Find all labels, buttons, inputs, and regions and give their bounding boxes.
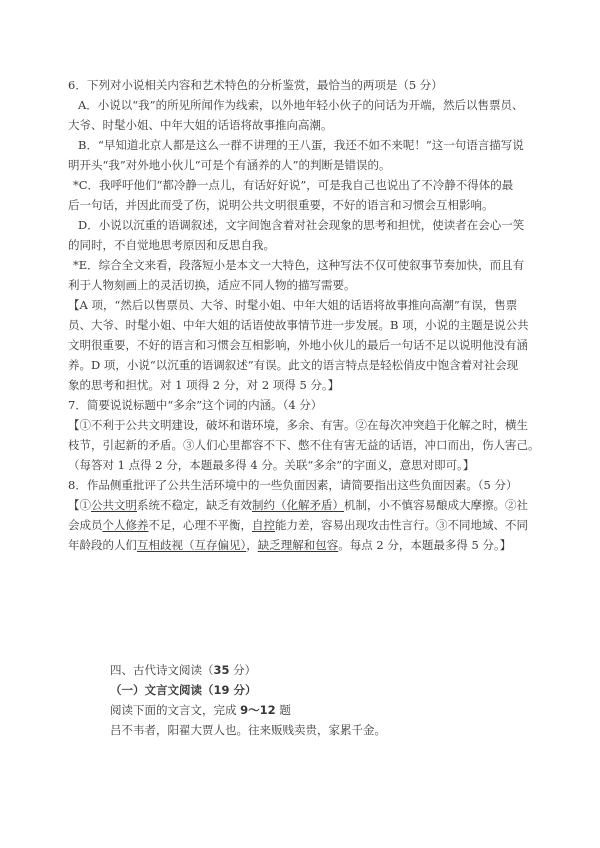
- text-segment: A．小说以“我”的所见所闻作为线索，以外地年轻小伙子的问话为开端，然后以售票员、: [78, 98, 524, 112]
- text-segment: 明开头“我”对外地小伙儿“可是个有涵养的人”的判断是错误的。: [68, 158, 391, 172]
- text-line: B．“早知道北京人都是这么一群不讲理的王八蛋，我还不如不来呢！”这一句语言描写说: [68, 135, 550, 155]
- text-segment: 机制，小不慎容易酿成大摩擦。②社: [344, 498, 528, 512]
- text-segment: 【①不利于公共文明建设，破坏和谐环境，多余、有害。②在每次冲突趋于化解之时，横生: [68, 418, 528, 432]
- text-segment: （一）文言文阅读（19 分）: [110, 683, 257, 697]
- questions-and-answers-block: 6．下列对小说相关内容和艺术特色的分析鉴赏，最恰当的两项是（5 分）A．小说以“…: [68, 75, 550, 555]
- underlined-text-segment: 自控: [252, 518, 275, 532]
- text-segment: B．“早知道北京人都是这么一群不讲理的王八蛋，我还不如不来呢！”这一句语言描写说: [78, 138, 524, 152]
- text-segment: 9～12: [240, 703, 276, 717]
- text-line: 利于人物刻画上的灵活切换，适应不同人物的描写需要。: [68, 275, 550, 295]
- text-line: 7．简要说说标题中“多余”这个词的内涵。（4 分）: [68, 395, 550, 415]
- text-segment: 不足，心理不平衡，: [149, 518, 253, 532]
- text-line: 吕不韦者，阳翟大贾人也。往来贩贱卖贵，家累千金。: [110, 720, 530, 740]
- text-line: 的同时，不自觉地思考原因和反思自我。: [68, 235, 550, 255]
- text-line: D．小说以沉重的语调叙述，文字间饱含着对社会现象的思考和担忧，使读者在会心一笑: [68, 215, 550, 235]
- underlined-text-segment: 缺乏理解和包容: [258, 538, 339, 552]
- text-line: 四、古代诗文阅读（35 分）: [110, 660, 530, 680]
- text-segment: 【①: [68, 498, 91, 512]
- text-line: A．小说以“我”的所见所闻作为线索，以外地年轻小伙子的问话为开端，然后以售票员、: [68, 95, 550, 115]
- text-line: 【①不利于公共文明建设，破坏和谐环境，多余、有害。②在每次冲突趋于化解之时，横生: [68, 415, 550, 435]
- text-segment: 系统不稳定，缺乏有效: [137, 498, 252, 512]
- text-line: 8．作品侧重批评了公共生活环境中的一些负面因素，请简要指出这些负面因素。（5 分…: [68, 475, 550, 495]
- underlined-text-segment: 制约（化解矛盾）: [252, 498, 344, 512]
- text-segment: 后一句话，并因此而受了伤，说明公共文明很重要，不好的语言和习惯会互相影响。: [68, 198, 494, 212]
- text-line: 【A 项，“然后以售票员、大爷、时髦小姐、中年大姐的话语将故事推向高潮”有误，售…: [68, 295, 550, 315]
- document-page: 6．下列对小说相关内容和艺术特色的分析鉴赏，最恰当的两项是（5 分）A．小说以“…: [0, 0, 600, 848]
- text-segment: 文明很重要，不好的语言和习惯会互相影响，外地小伙儿的最后一句话不足以说明他没有涵: [68, 338, 528, 352]
- text-line: 会成员个人修养不足，心理不平衡，自控能力差，容易出现攻击性言行。③不同地域、不同: [68, 515, 550, 535]
- text-segment: *C．我呼吁他们“都冷静一点儿，有话好好说”，可是我自己也说出了不冷静不得体的最: [73, 178, 513, 192]
- text-line: 年龄段的人们互相歧视（互存偏见），缺乏理解和包容。每点 2 分，本题最多得 5 …: [68, 535, 550, 555]
- text-line: （每答对 1 点得 2 分，本题最多得 4 分。关联“多余”的字面义，意思对即可…: [68, 455, 550, 475]
- text-line: 6．下列对小说相关内容和艺术特色的分析鉴赏，最恰当的两项是（5 分）: [68, 75, 550, 95]
- text-segment: *E．综合全文来看，段落短小是本文一大特色，这种写法不仅可使叙事节奏加快，而且有: [73, 258, 524, 272]
- text-segment: 员、大爷、时髦小姐、中年大姐的话语使故事情节进一步发展。B 项，小说的主题是说公…: [68, 318, 529, 332]
- text-line: 员、大爷、时髦小姐、中年大姐的话语使故事情节进一步发展。B 项，小说的主题是说公…: [68, 315, 550, 335]
- text-line: 文明很重要，不好的语言和习惯会互相影响，外地小伙儿的最后一句话不足以说明他没有涵: [68, 335, 550, 355]
- text-line: 阅读下面的文言文，完成 9～12 题: [110, 700, 530, 720]
- text-segment: 大爷、时髦小姐、中年大姐的话语将故事推向高潮。: [68, 118, 333, 132]
- text-segment: 象的思考和担忧。对 1 项得 2 分，对 2 项得 5 分。】: [68, 378, 339, 392]
- text-segment: 题: [276, 703, 291, 717]
- text-segment: 6．下列对小说相关内容和艺术特色的分析鉴赏，最恰当的两项是（5 分）: [68, 78, 443, 92]
- text-line: 大爷、时髦小姐、中年大姐的话语将故事推向高潮。: [68, 115, 550, 135]
- text-line: （一）文言文阅读（19 分）: [110, 680, 530, 700]
- text-segment: ，: [246, 538, 258, 552]
- text-segment: 枝节，引起新的矛盾。③人们心里都容不下、憋不住有害无益的话语，冲口而出，伤人害己…: [68, 438, 540, 452]
- underlined-text-segment: 公共文明: [91, 498, 137, 512]
- text-segment: 【A 项，“然后以售票员、大爷、时髦小姐、中年大姐的话语将故事推向高潮”有误，售…: [68, 298, 517, 312]
- text-segment: 阅读下面的文言文，完成: [110, 703, 240, 717]
- text-segment: 的同时，不自觉地思考原因和反思自我。: [68, 238, 275, 252]
- text-segment: 8．作品侧重批评了公共生活环境中的一些负面因素，请简要指出这些负面因素。（5 分…: [68, 478, 518, 492]
- text-line: *C．我呼吁他们“都冷静一点儿，有话好好说”，可是我自己也说出了不冷静不得体的最: [68, 175, 550, 195]
- text-segment: 会成员: [68, 518, 103, 532]
- text-segment: 吕不韦者，阳翟大贾人也。往来贩贱卖贵，家累千金。: [110, 723, 386, 737]
- underlined-text-segment: 互相歧视（互存偏见）: [137, 538, 246, 552]
- text-segment: 养。D 项，小说“以沉重的语调叙述”有误。此文的语言特点是轻松俏皮中饱含着对社会…: [68, 358, 518, 372]
- text-segment: D．小说以沉重的语调叙述，文字间饱含着对社会现象的思考和担忧，使读者在会心一笑: [78, 218, 524, 232]
- text-segment: 。每点 2 分，本题最多得 5 分。】: [338, 538, 511, 552]
- text-line: 【①公共文明系统不稳定，缺乏有效制约（化解矛盾）机制，小不慎容易酿成大摩擦。②社: [68, 495, 550, 515]
- text-line: 明开头“我”对外地小伙儿“可是个有涵养的人”的判断是错误的。: [68, 155, 550, 175]
- text-segment: 利于人物刻画上的灵活切换，适应不同人物的描写需要。: [68, 278, 356, 292]
- text-segment: 7．简要说说标题中“多余”这个词的内涵。（4 分）: [68, 398, 322, 412]
- underlined-text-segment: 个人修养: [103, 518, 149, 532]
- section-four-heading-block: 四、古代诗文阅读（35 分）（一）文言文阅读（19 分）阅读下面的文言文，完成 …: [110, 660, 530, 740]
- text-line: 后一句话，并因此而受了伤，说明公共文明很重要，不好的语言和习惯会互相影响。: [68, 195, 550, 215]
- text-line: 枝节，引起新的矛盾。③人们心里都容不下、憋不住有害无益的话语，冲口而出，伤人害己…: [68, 435, 550, 455]
- text-segment: （每答对 1 点得 2 分，本题最多得 4 分。关联“多余”的字面义，意思对即可…: [68, 458, 474, 472]
- text-segment: 分）: [230, 663, 257, 677]
- text-segment: 能力差，容易出现攻击性言行。③不同地域、不同: [275, 518, 528, 532]
- text-line: 象的思考和担忧。对 1 项得 2 分，对 2 项得 5 分。】: [68, 375, 550, 395]
- text-segment: 年龄段的人们: [68, 538, 137, 552]
- text-line: *E．综合全文来看，段落短小是本文一大特色，这种写法不仅可使叙事节奏加快，而且有: [68, 255, 550, 275]
- text-segment: 四、古代诗文阅读（: [110, 663, 214, 677]
- text-segment: 35: [214, 663, 230, 677]
- text-line: 养。D 项，小说“以沉重的语调叙述”有误。此文的语言特点是轻松俏皮中饱含着对社会…: [68, 355, 550, 375]
